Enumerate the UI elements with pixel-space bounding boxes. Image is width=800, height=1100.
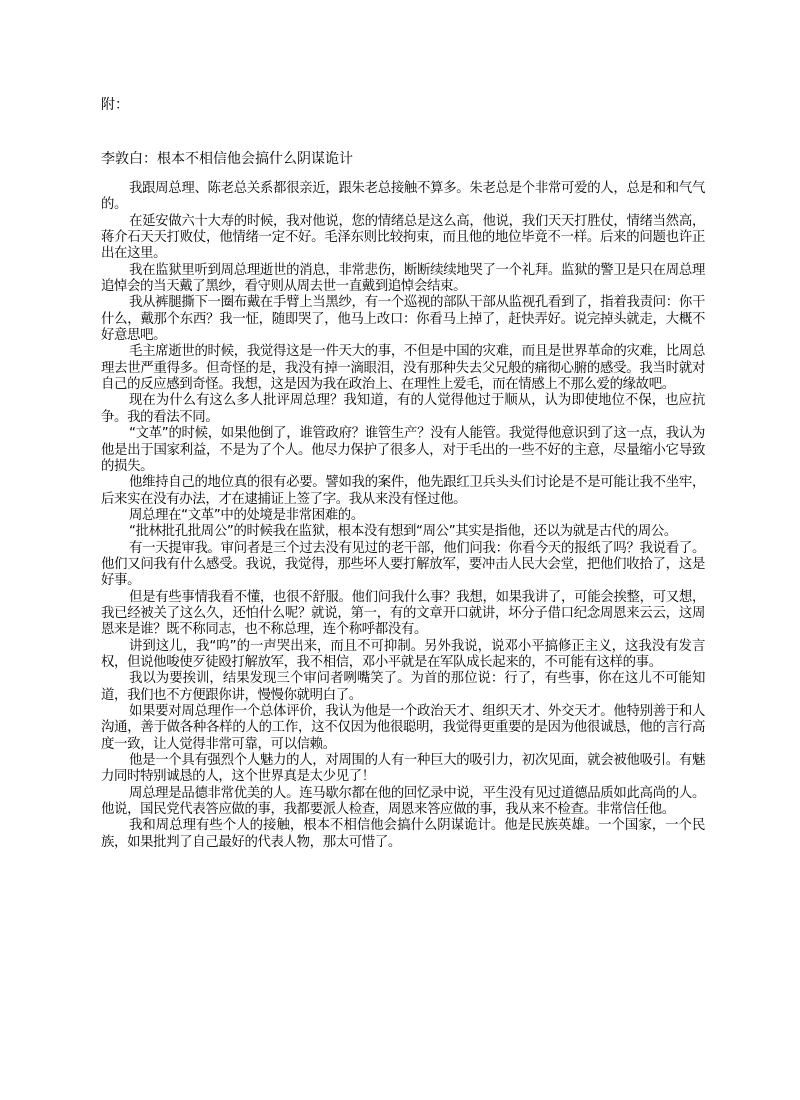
paragraph: 毛主席逝世的时候，我觉得这是一件天大的事，不但是中国的灾难，而且是世界革命的灾难… (101, 344, 705, 393)
paragraph: “文革”的时候，如果他倒了，谁管政府？谁管生产？没有人能管。我觉得他意识到了这一… (101, 426, 705, 475)
article-title: 李敦白：根本不相信他会搞什么阴谋诡计 (101, 150, 705, 168)
paragraph: 讲到这儿，我“呜”的一声哭出来，而且不可抑制。另外我说，说邓小平搞修正主义，这我… (101, 639, 705, 672)
paragraph: 周总理是品德非常优美的人。连马歇尔都在他的回忆录中说，平生没有见过道德品质如此高… (101, 786, 705, 819)
paragraph: 我和周总理有些个人的接触，根本不相信他会搞什么阴谋诡计。他是民族英雄。一个国家，… (101, 818, 705, 851)
paragraph: 如果要对周总理作一个总体评价，我认为他是一个政治天才、组织天才、外交天才。他特别… (101, 704, 705, 753)
paragraph: 我跟周总理、陈老总关系都很亲近，跟朱老总接触不算多。朱老总是个非常可爱的人，总是… (101, 181, 705, 214)
paragraph: “批林批孔批周公”的时候我在监狱，根本没有想到“周公”其实是指他，还以为就是古代… (101, 524, 705, 540)
paragraph: 周总理在“文革”中的处境是非常困难的。 (101, 508, 705, 524)
paragraph: 他是一个具有强烈个人魅力的人，对周围的人有一种巨大的吸引力，初次见面，就会被他吸… (101, 753, 705, 786)
appendix-heading: 附： (101, 96, 705, 114)
paragraph: 我在监狱里听到周总理逝世的消息，非常悲伤，断断续续地哭了一个礼拜。监狱的警卫是只… (101, 263, 705, 296)
paragraph: 他维持自己的地位真的很有必要。譬如我的案件，他先跟红卫兵头头们讨论是不是可能让我… (101, 475, 705, 508)
paragraph: 有一天提审我。审问者是三个过去没有见过的老干部，他们问我：你看今天的报纸了吗？我… (101, 541, 705, 590)
paragraph: 我从裤腿撕下一圈布戴在手臂上当黑纱，有一个巡视的部队干部从监视孔看到了，指着我责… (101, 295, 705, 344)
paragraph: 我以为要挨训，结果发现三个审问者咧嘴笑了。为首的那位说：行了，有些事，你在这儿不… (101, 671, 705, 704)
paragraph: 现在为什么有这么多人批评周总理？我知道，有的人觉得他过于顺从，认为即使地位不保，… (101, 393, 705, 426)
document-page: 附： 李敦白：根本不相信他会搞什么阴谋诡计 我跟周总理、陈老总关系都很亲近，跟朱… (101, 96, 705, 851)
paragraph: 在延安做六十大寿的时候，我对他说，您的情绪总是这么高，他说，我们天天打胜仗，情绪… (101, 214, 705, 263)
article-body: 我跟周总理、陈老总关系都很亲近，跟朱老总接触不算多。朱老总是个非常可爱的人，总是… (101, 181, 705, 851)
paragraph: 但是有些事情我看不懂，也很不舒服。他们问我什么事？我想，如果我讲了，可能会挨整，… (101, 590, 705, 639)
